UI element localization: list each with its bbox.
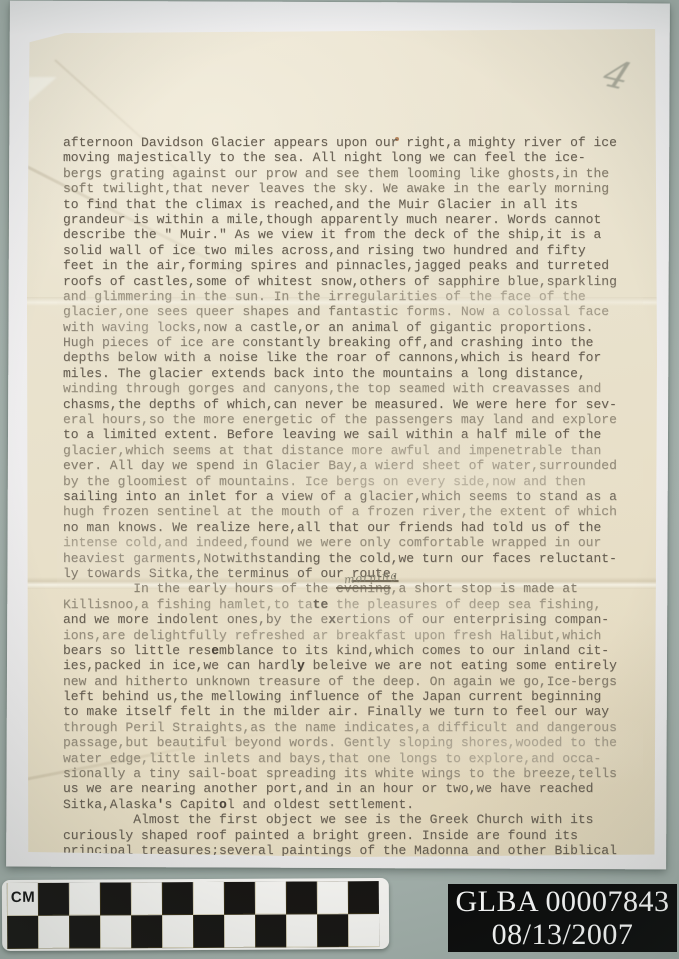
text-segment: Killisnoo,a fishing hamlet,to ta xyxy=(63,597,313,612)
text-line: heaviest garments,Notwithstanding the co… xyxy=(63,551,637,566)
text-line: new and hitherto unknown treasure of the… xyxy=(63,674,637,689)
text-line: solid wall of ice two miles across,and r… xyxy=(63,243,637,258)
edited-text-overwrite: y xyxy=(297,658,305,673)
text-line: ever. All day we spend in Glacier Bay,a … xyxy=(63,458,637,473)
text-line: to a limited extent. Before leaving we s… xyxy=(63,427,637,442)
text-line: passage,but beautiful beyond words. Gent… xyxy=(63,735,637,750)
text-segment: the pleasures of deep sea fishing, xyxy=(328,597,601,612)
text-line: describe the " Muir." As we view it from… xyxy=(63,227,637,242)
text-line: Sitka,Alaska's Capitol and oldest settle… xyxy=(63,797,637,812)
text-line: sionally a tiny sail-boat spreading its … xyxy=(63,766,637,781)
text-line: curiously shaped roof painted a bright g… xyxy=(63,828,637,843)
text-segment: ertions of our enterprising compan- xyxy=(336,612,609,627)
text-line: Almost the first object we see is the Gr… xyxy=(63,812,637,827)
text-line: grandeur is within a mile,though apparen… xyxy=(63,212,637,227)
paper-fold-corner xyxy=(27,77,57,103)
catalog-id: GLBA 00007843 xyxy=(448,885,677,919)
text-segment: beleive we are not eating some entirely xyxy=(305,658,617,673)
text-line: sailing into an inlet for a view of a gl… xyxy=(63,489,637,504)
typewritten-text: afternoon Davidson Glacier appears upon … xyxy=(63,135,637,858)
text-line: glacier,which seems at that distance mor… xyxy=(63,443,637,458)
text-line: Hugh pieces of ice are constantly breaki… xyxy=(63,335,637,350)
text-segment: and we more indolent ones,by the e xyxy=(63,612,328,627)
text-line: to find that the climax is reached,and t… xyxy=(63,197,637,212)
cm-unit-label: CM xyxy=(11,889,35,906)
text-line: with waving locks,now a castle,or an ani… xyxy=(63,320,637,335)
photo-scene: 4 afternoon Davidson Glacier appears upo… xyxy=(0,0,679,959)
text-line: intense cold,and indeed,found we were on… xyxy=(63,535,637,550)
catalog-date: 08/13/2007 xyxy=(448,919,677,951)
text-segment: mblance to its kind,which comes to our i… xyxy=(219,643,609,658)
text-line: and glimmering in the sun. In the irregu… xyxy=(63,289,637,304)
text-line: through Peril Straights,as the name indi… xyxy=(63,720,637,735)
text-line: moving majestically to the sea. All nigh… xyxy=(63,150,637,165)
edited-text-strike: eveningmorning xyxy=(336,581,391,596)
text-line: no man knows. We realize here,all that o… xyxy=(63,520,637,535)
text-line: bears so little resemblance to its kind,… xyxy=(63,643,637,658)
text-line: Killisnoo,a fishing hamlet,to tate the p… xyxy=(63,597,637,612)
text-line: depths below with a noise like the roar … xyxy=(63,350,637,365)
text-line: ies,packed in ice,we can hardly beleive … xyxy=(63,658,637,673)
edited-text-overwrite: e xyxy=(211,643,219,658)
handwritten-correction: morning xyxy=(344,569,399,587)
edited-text-overwrite: o xyxy=(219,797,227,812)
text-segment: s Capit xyxy=(164,797,219,812)
text-line: winding through gorges and canyons,the t… xyxy=(63,381,637,396)
text-line: bergs grating against our prow and see t… xyxy=(63,166,637,181)
text-line: afternoon Davidson Glacier appears upon … xyxy=(63,135,637,150)
text-segment: ies,packed in ice,we can hardl xyxy=(63,658,297,673)
text-line: chasms,the depths of which,can never be … xyxy=(63,397,637,412)
edited-text-overwrite: x xyxy=(328,612,336,627)
text-line: by the gloomiest of mountains. Ice bergs… xyxy=(63,474,637,489)
text-line: water edge,little inlets and bays,that o… xyxy=(63,751,637,766)
document-page: 4 afternoon Davidson Glacier appears upo… xyxy=(27,29,657,857)
text-segment: l and oldest settlement. xyxy=(227,797,414,812)
edited-text-overwrite: te xyxy=(313,597,329,612)
text-line: hugh frozen sentinel at the mouth of a f… xyxy=(63,504,637,519)
text-segment: Sitka,Alaska xyxy=(63,797,157,812)
text-line: us we are nearing another port,and in an… xyxy=(63,781,637,796)
cm-scale-bar: CM xyxy=(2,878,389,951)
handwritten-page-number: 4 xyxy=(597,52,637,99)
text-line: soft twilight,that never leaves the sky.… xyxy=(63,181,637,196)
catalog-label: GLBA 00007843 08/13/2007 xyxy=(448,884,677,952)
text-line: eral hours,so the more energetic of the … xyxy=(63,412,637,427)
text-line: In the early hours of the eveningmorning… xyxy=(63,581,637,596)
text-line: and we more indolent ones,by the exertio… xyxy=(63,612,637,627)
scale-checkerboard xyxy=(7,881,379,949)
text-segment: bears so little res xyxy=(63,643,211,658)
text-segment: ,a short stop is made at xyxy=(391,581,578,596)
text-line: roofs of castles,some of whitest snow,ot… xyxy=(63,274,637,289)
text-segment: ly towards Sitka,the terminus of our xyxy=(63,566,352,581)
text-line: miles. The glacier extends back into the… xyxy=(63,366,637,381)
text-line: glacier,one sees queer shapes and fantas… xyxy=(63,304,637,319)
text-line: left behind us,the mellowing influence o… xyxy=(63,689,637,704)
text-line: feet in the air,forming spires and pinna… xyxy=(63,258,637,273)
text-line: ions,are delightfully refreshed ar break… xyxy=(63,628,637,643)
text-line: to make itself felt in the milder air. F… xyxy=(63,704,637,719)
text-segment: In the early hours of the xyxy=(63,581,336,596)
